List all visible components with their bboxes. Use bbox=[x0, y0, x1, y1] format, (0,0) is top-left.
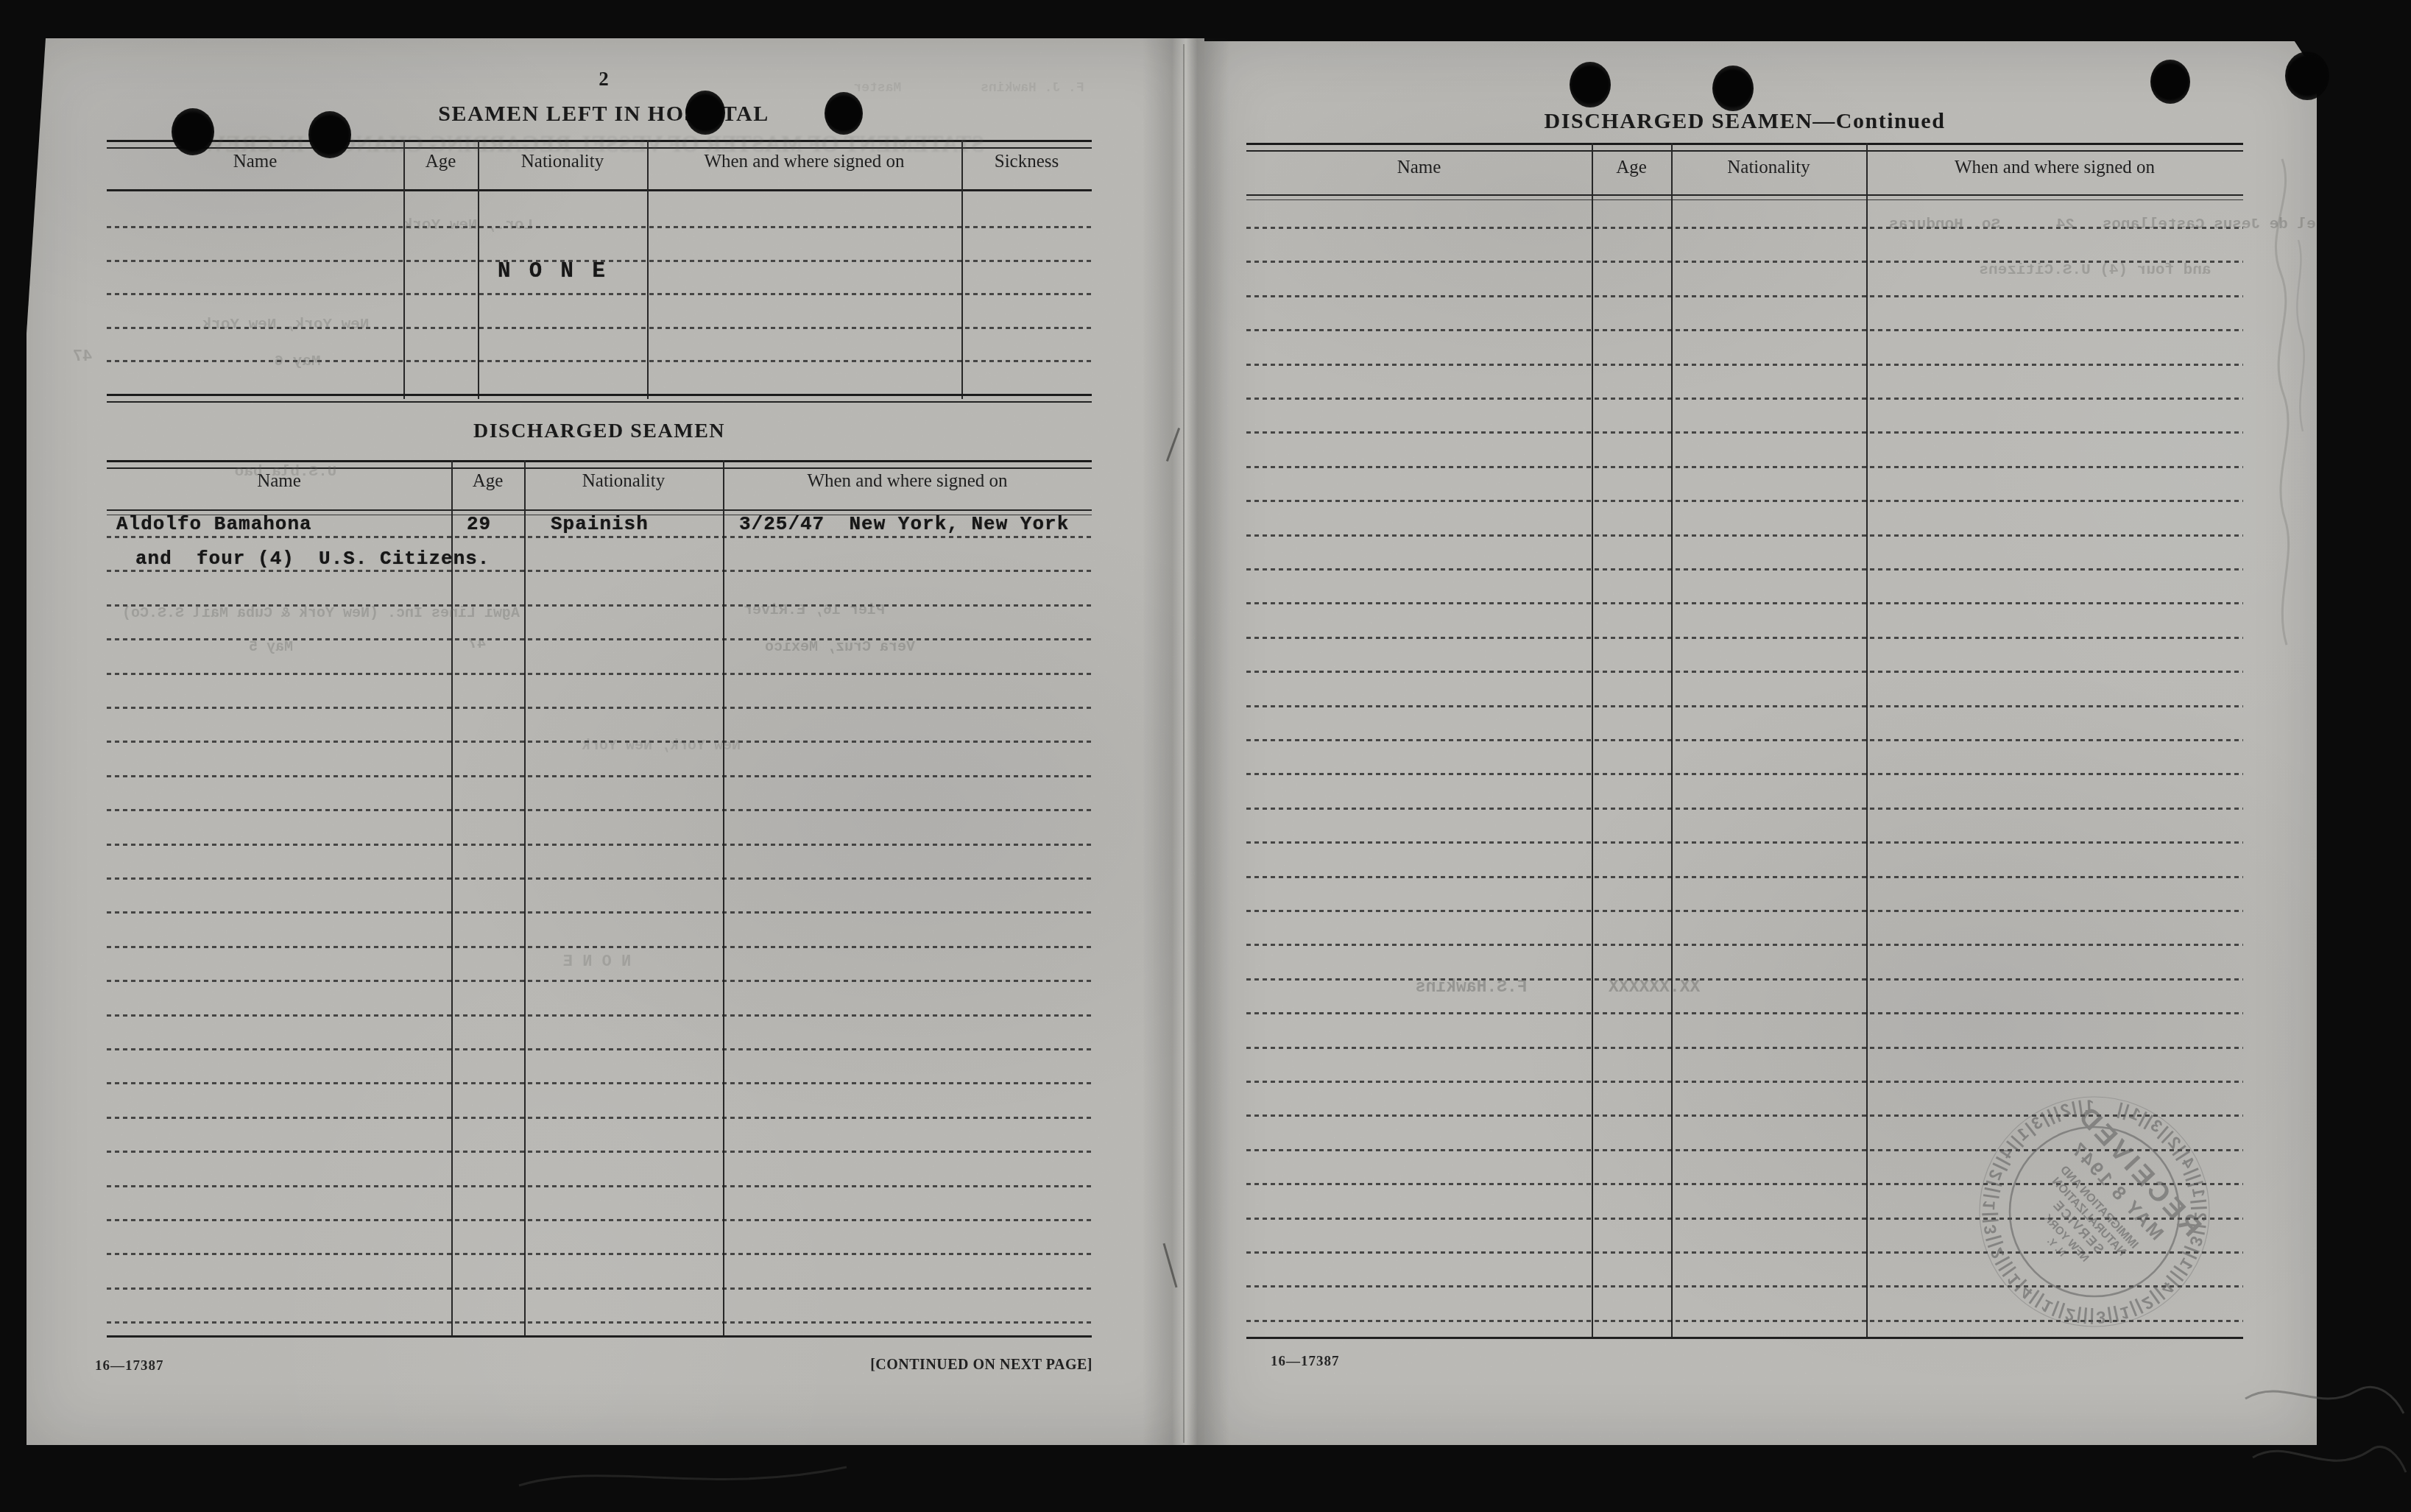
ruled-dotted-line bbox=[1246, 568, 2243, 570]
ruled-dotted-line bbox=[107, 536, 1092, 538]
ruled-dotted-line bbox=[1246, 637, 2243, 639]
col-header-age: Age bbox=[1592, 158, 1671, 178]
bleedthrough-ghost-text: 47 bbox=[73, 347, 92, 366]
ruled-dotted-line bbox=[1246, 705, 2243, 707]
ruled-dotted-line bbox=[1246, 841, 2243, 844]
ruled-dotted-line bbox=[107, 226, 1092, 228]
ruled-dotted-line bbox=[107, 877, 1092, 880]
entry-nationality: Spainish bbox=[551, 513, 649, 535]
bleedthrough-ghost-text: F. J. Hawkins Master bbox=[853, 81, 1084, 96]
ruled-dotted-line bbox=[107, 293, 1092, 295]
ruled-dotted-line bbox=[1246, 1012, 2243, 1014]
page-title-right: DISCHARGED SEAMEN—Continued bbox=[1377, 109, 2113, 134]
punch-hole bbox=[308, 111, 351, 158]
col-header-nationality: Nationality bbox=[524, 471, 723, 492]
table-rule bbox=[1246, 143, 2243, 152]
bleedthrough-ghost-text: Agwi Lines Inc. (New York & Cuba Mail S.… bbox=[122, 605, 520, 622]
ruled-dotted-line bbox=[107, 946, 1092, 948]
entry-name: and four (4) U.S. Citizens. bbox=[135, 548, 490, 570]
column-divider bbox=[451, 460, 453, 1335]
ruled-dotted-line bbox=[107, 1185, 1092, 1187]
ruled-dotted-line bbox=[1246, 364, 2243, 366]
left-page: 2 SEAMEN LEFT IN HOSPITAL Name Age Natio… bbox=[27, 38, 1204, 1445]
hospital-none-entry: N O N E bbox=[498, 259, 608, 283]
ruled-dotted-line bbox=[1246, 295, 2243, 297]
ruled-dotted-line bbox=[1246, 534, 2243, 537]
column-divider bbox=[723, 460, 724, 1335]
bleedthrough-ghost-text: and four (4) U.S.Citizens bbox=[1979, 262, 2211, 279]
table-rule bbox=[107, 394, 1092, 403]
ruled-dotted-line bbox=[107, 1253, 1092, 1255]
bleedthrough-ghost-text: XX.XXXXXX F.S.Hawkins bbox=[1416, 978, 1700, 997]
ruled-dotted-line bbox=[1246, 944, 2243, 946]
bleedthrough-ghost-text: Vera Cruz, Mexico bbox=[765, 639, 915, 656]
ruled-dotted-line bbox=[1246, 500, 2243, 502]
ruled-dotted-line bbox=[1246, 431, 2243, 434]
col-header-signed-on: When and where signed on bbox=[1866, 158, 2243, 178]
ruled-dotted-line bbox=[107, 570, 1092, 572]
col-header-nationality: Nationality bbox=[1671, 158, 1866, 178]
bleedthrough-ghost-text: Pier 16, E.River bbox=[744, 602, 885, 619]
col-header-signed-on: When and where signed on bbox=[723, 471, 1092, 492]
punch-hole bbox=[685, 91, 725, 135]
gutter-crease-line bbox=[1183, 44, 1185, 1443]
col-header-age: Age bbox=[451, 471, 524, 492]
ruled-dotted-line bbox=[1246, 671, 2243, 673]
ruled-dotted-line bbox=[107, 673, 1092, 675]
film-margin-scribbles bbox=[515, 1449, 854, 1508]
bleedthrough-ghost-text: New York, New York bbox=[202, 317, 370, 333]
ruled-dotted-line bbox=[1246, 773, 2243, 775]
ruled-dotted-line bbox=[1246, 398, 2243, 400]
film-scan-background: 2 SEAMEN LEFT IN HOSPITAL Name Age Natio… bbox=[0, 0, 2411, 1512]
ruled-dotted-line bbox=[1246, 466, 2243, 468]
ruled-dotted-line bbox=[107, 911, 1092, 914]
table-rule bbox=[1246, 194, 2243, 200]
entry-age: 29 bbox=[467, 513, 491, 535]
punch-hole bbox=[1570, 62, 1611, 107]
punch-hole bbox=[1712, 66, 1754, 111]
ruled-dotted-line bbox=[1246, 602, 2243, 604]
ruled-dotted-line bbox=[107, 844, 1092, 846]
bleedthrough-ghost-text: May 6 bbox=[274, 353, 320, 370]
ruled-dotted-line bbox=[107, 775, 1092, 777]
punch-hole bbox=[172, 108, 214, 155]
section-title-discharged: DISCHARGED SEAMEN bbox=[231, 420, 967, 443]
ruled-dotted-line bbox=[107, 1219, 1092, 1221]
column-divider bbox=[524, 460, 526, 1335]
col-header-name: Name bbox=[1246, 158, 1592, 178]
punch-hole bbox=[2285, 52, 2329, 100]
bleedthrough-ghost-text: Lor., New York bbox=[403, 217, 533, 234]
ruled-dotted-line bbox=[1246, 808, 2243, 810]
ruled-dotted-line bbox=[107, 980, 1092, 982]
bleedthrough-ghost-text: New York, New York bbox=[582, 738, 741, 755]
form-number: 16—17387 bbox=[95, 1358, 164, 1374]
ruled-dotted-line bbox=[107, 1014, 1092, 1017]
ruled-dotted-line bbox=[107, 1321, 1092, 1324]
ruled-dotted-line bbox=[1246, 329, 2243, 331]
ruled-dotted-line bbox=[1246, 910, 2243, 912]
ruled-dotted-line bbox=[1246, 1047, 2243, 1049]
right-page: 3 DISCHARGED SEAMEN—Continued Name Age N… bbox=[1204, 41, 2317, 1445]
entry-signed-on: 3/25/47 New York, New York bbox=[739, 513, 1069, 535]
bleedthrough-ghost-text: May 5 bbox=[249, 639, 293, 656]
ruled-dotted-line bbox=[1246, 739, 2243, 741]
ruled-dotted-line bbox=[1246, 978, 2243, 981]
entry-name: Aldolfo Bamahona bbox=[116, 513, 312, 535]
punch-hole bbox=[825, 92, 863, 135]
bleedthrough-ghost-text: N O N E bbox=[563, 953, 631, 971]
bleedthrough-ghost-text: 47 bbox=[468, 636, 486, 653]
ruled-dotted-line bbox=[107, 1048, 1092, 1050]
ruled-dotted-line bbox=[107, 1287, 1092, 1290]
ruled-dotted-line bbox=[1246, 876, 2243, 878]
ruled-dotted-line bbox=[107, 360, 1092, 362]
table-rule bbox=[107, 1335, 1092, 1338]
ruled-dotted-line bbox=[107, 707, 1092, 709]
bleedthrough-ghost-text: U.S.bla bao bbox=[235, 464, 337, 481]
punch-hole bbox=[2150, 60, 2190, 104]
bleedthrough-ghost-text: Manuel de Jesus Castellanos 24 So. Hondu… bbox=[1889, 216, 2353, 233]
received-date-stamp: 1||2|||3|1||4||2|||1||3||2|||1|4||1||2||… bbox=[1955, 1072, 2234, 1352]
ruled-dotted-line bbox=[107, 809, 1092, 811]
continued-on-next-page-note: [CONTINUED ON NEXT PAGE] bbox=[870, 1357, 1092, 1374]
ruled-dotted-line bbox=[107, 1151, 1092, 1153]
form-number: 16—17387 bbox=[1271, 1354, 1340, 1370]
ruled-dotted-line bbox=[107, 1082, 1092, 1084]
table-rule bbox=[107, 189, 1092, 191]
ruled-dotted-line bbox=[107, 1117, 1092, 1119]
